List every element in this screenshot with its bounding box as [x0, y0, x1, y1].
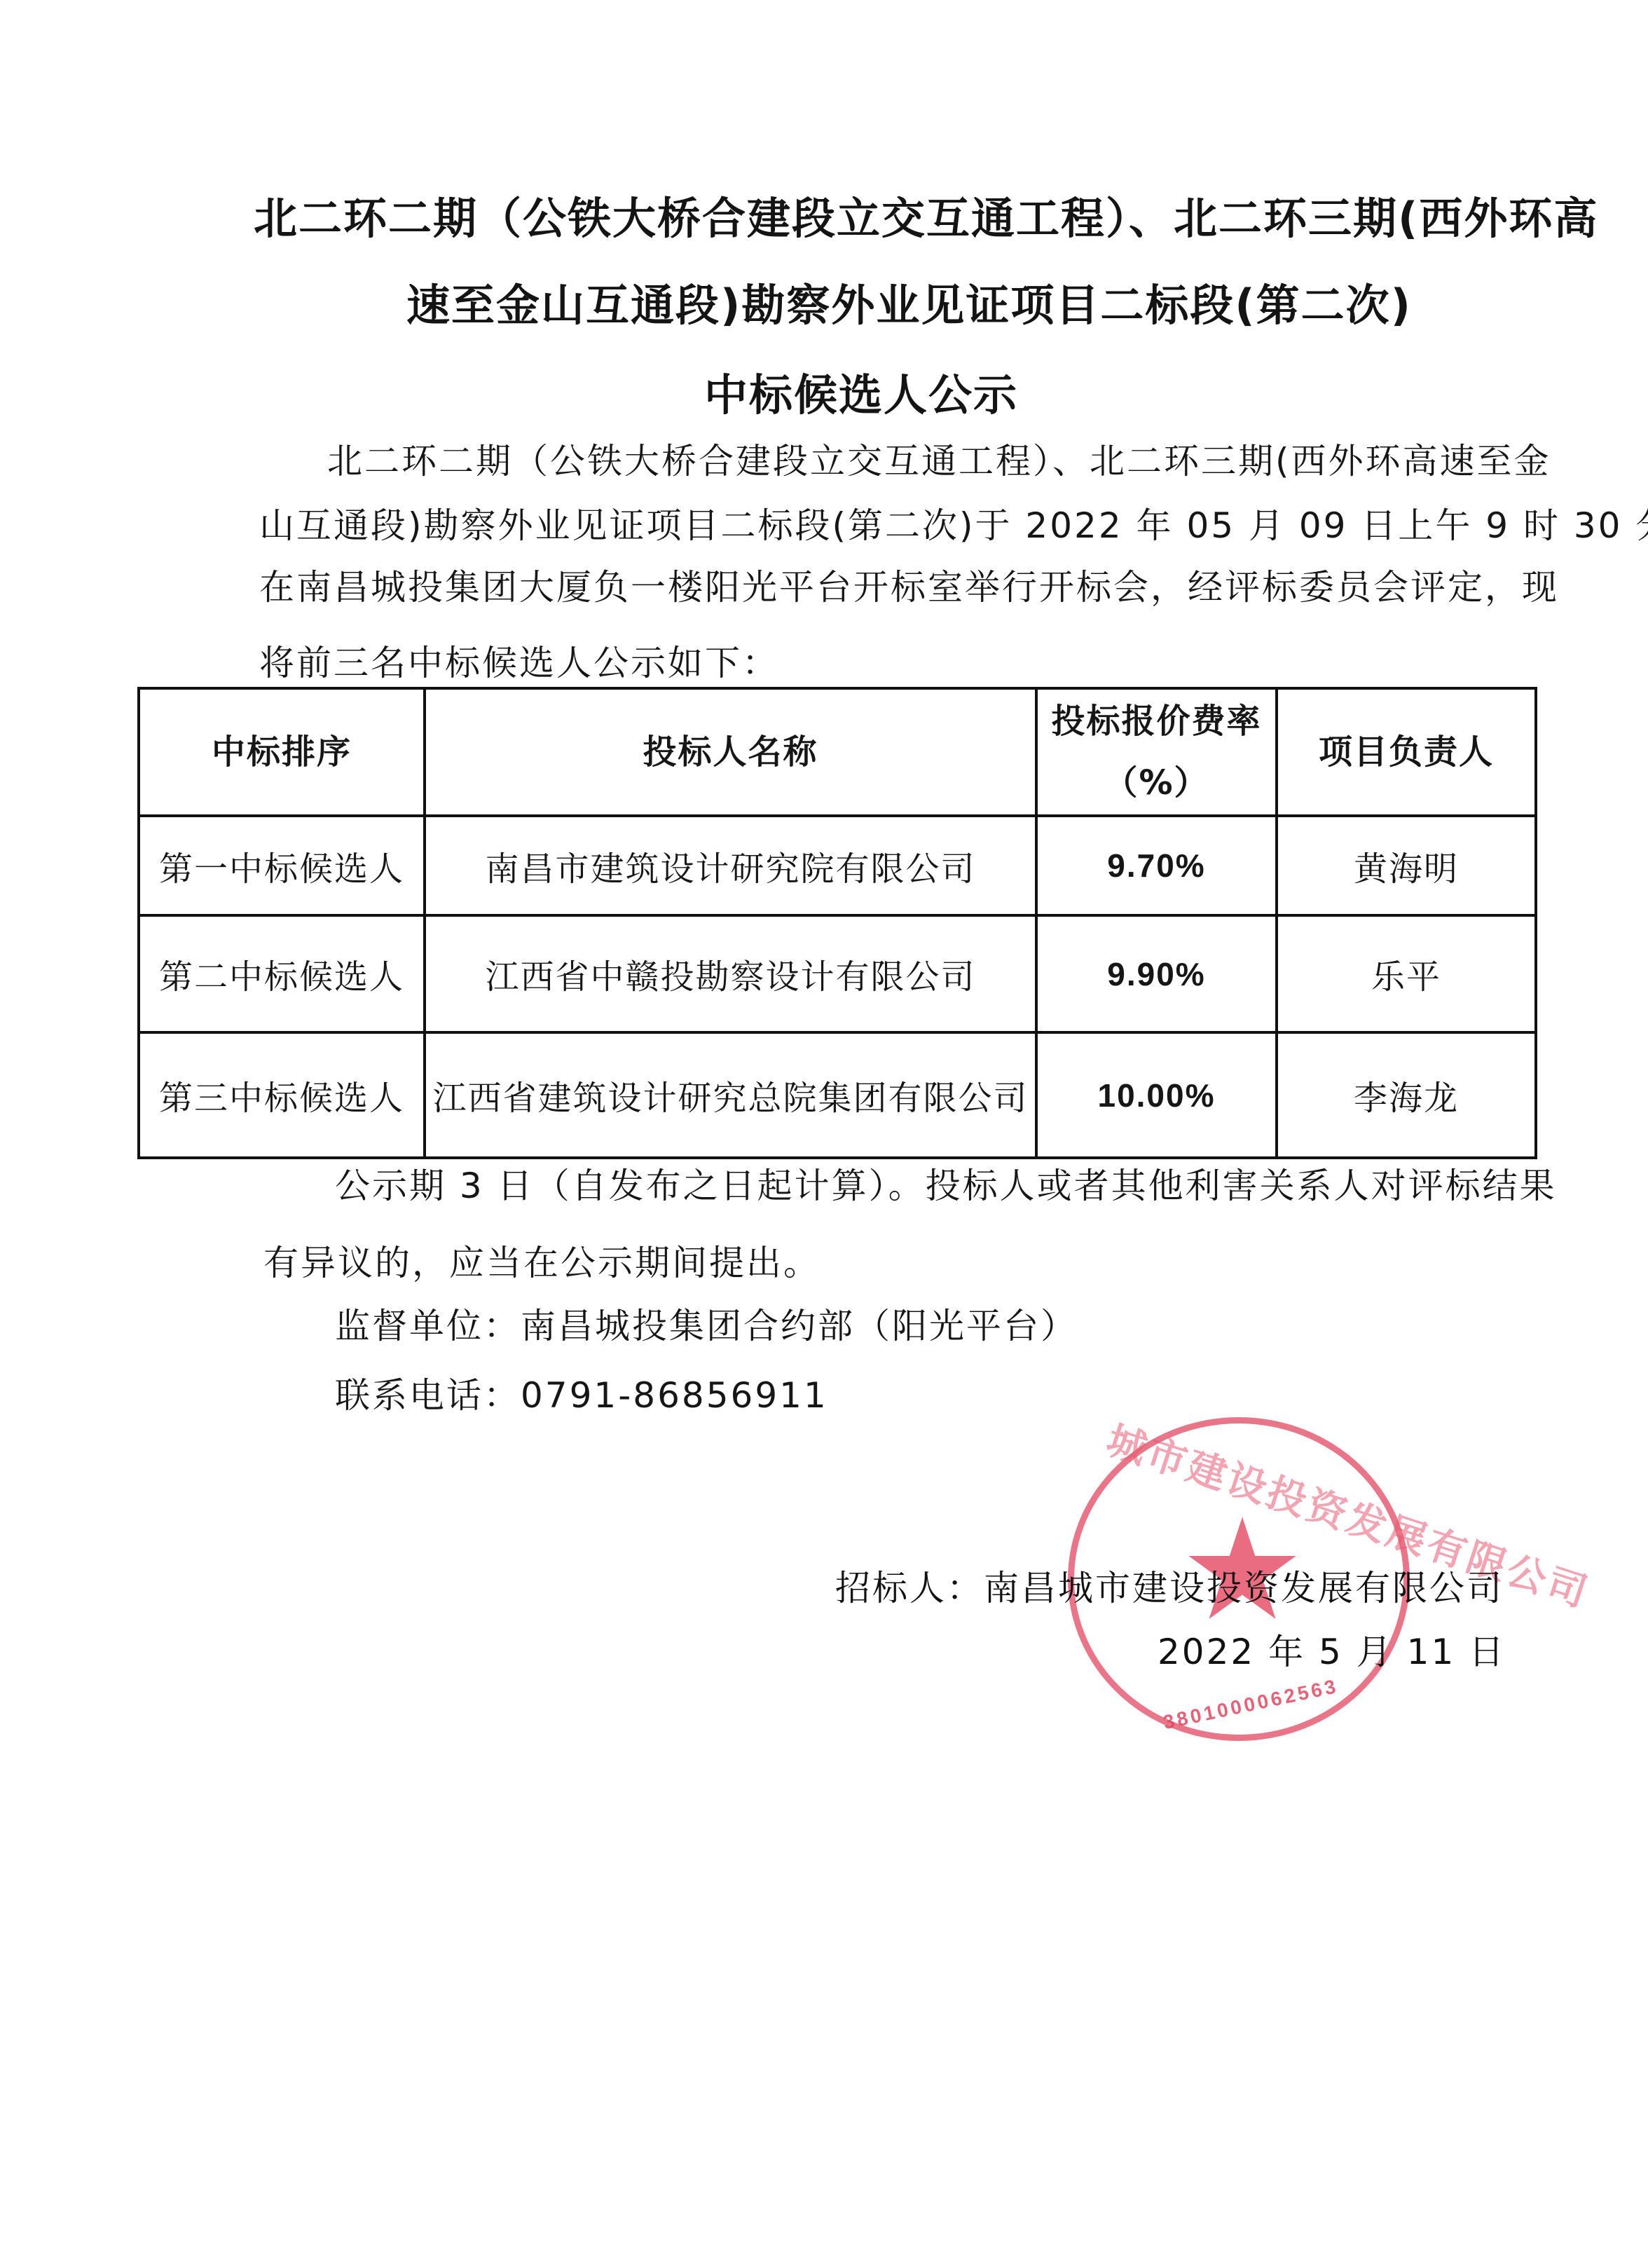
tenderer-signature: 招标人：南昌城市建设投资发展有限公司: [835, 1560, 1504, 1611]
supervisor-line: 监督单位：南昌城投集团合约部（阳光平台）: [335, 1298, 1078, 1348]
intro-line-4: 将前三名中标候选人公示如下：: [259, 635, 779, 685]
header-rank: 中标排序: [139, 688, 425, 816]
intro-line-3: 在南昌城投集团大厦负一楼阳光平台开标室举行开标会，经评标委员会评定，现: [259, 559, 1559, 610]
header-rate-line-2: （%）: [1038, 752, 1275, 814]
cell-bidder: 江西省中赣投勘察设计有限公司: [425, 915, 1036, 1032]
intro-line-1: 北二环二期（公铁大桥合建段立交互通工程）、北二环三期(西外环高速至金: [327, 433, 1551, 484]
cell-rank: 第二中标候选人: [139, 915, 425, 1032]
notice-line-2: 有异议的，应当在公示期间提出。: [263, 1235, 820, 1285]
intro-line-2: 山互通段)勘察外业见证项目二标段(第二次)于 2022 年 05 月 09 日上…: [259, 498, 1648, 548]
header-bidder: 投标人名称: [425, 688, 1036, 816]
table-row: 第一中标候选人 南昌市建筑设计研究院有限公司 9.70% 黄海明: [139, 816, 1536, 915]
table-row: 第二中标候选人 江西省中赣投勘察设计有限公司 9.90% 乐平: [139, 915, 1536, 1032]
table-row: 第三中标候选人 江西省建筑设计研究总院集团有限公司 10.00% 李海龙: [139, 1032, 1536, 1158]
cell-manager: 李海龙: [1277, 1032, 1536, 1158]
candidates-table: 中标排序 投标人名称 投标报价费率 （%） 项目负责人 第一中标候选人 南昌市建…: [137, 687, 1537, 1159]
header-manager: 项目负责人: [1277, 688, 1536, 816]
document-title-line-1: 北二环二期（公铁大桥合建段立交互通工程）、北二环三期(西外环高: [254, 184, 1598, 246]
cell-rate: 9.70%: [1036, 816, 1277, 915]
cell-rank: 第三中标候选人: [139, 1032, 425, 1158]
cell-manager: 黄海明: [1277, 816, 1536, 915]
cell-rate: 10.00%: [1036, 1032, 1277, 1158]
document-title-line-3: 中标候选人公示: [704, 360, 1018, 423]
notice-line-1: 公示期 3 日（自发布之日起计算）。投标人或者其他利害关系人对评标结果: [335, 1158, 1557, 1208]
cell-rank: 第一中标候选人: [139, 816, 425, 915]
signature-date: 2022 年 5 月 11 日: [1158, 1624, 1506, 1674]
document-title-line-2: 速至金山互通段)勘察外业见证项目二标段(第二次): [406, 271, 1412, 333]
seal-code: 3801000062563: [1161, 1675, 1340, 1734]
cell-manager: 乐平: [1277, 915, 1536, 1032]
phone-line: 联系电话：0791-86856911: [335, 1367, 828, 1418]
table-header-row: 中标排序 投标人名称 投标报价费率 （%） 项目负责人: [139, 688, 1536, 816]
cell-bidder: 南昌市建筑设计研究院有限公司: [425, 816, 1036, 915]
cell-bidder: 江西省建筑设计研究总院集团有限公司: [425, 1032, 1036, 1158]
cell-rate: 9.90%: [1036, 915, 1277, 1032]
header-rate-line-1: 投标报价费率: [1038, 690, 1275, 752]
header-rate: 投标报价费率 （%）: [1036, 688, 1277, 816]
